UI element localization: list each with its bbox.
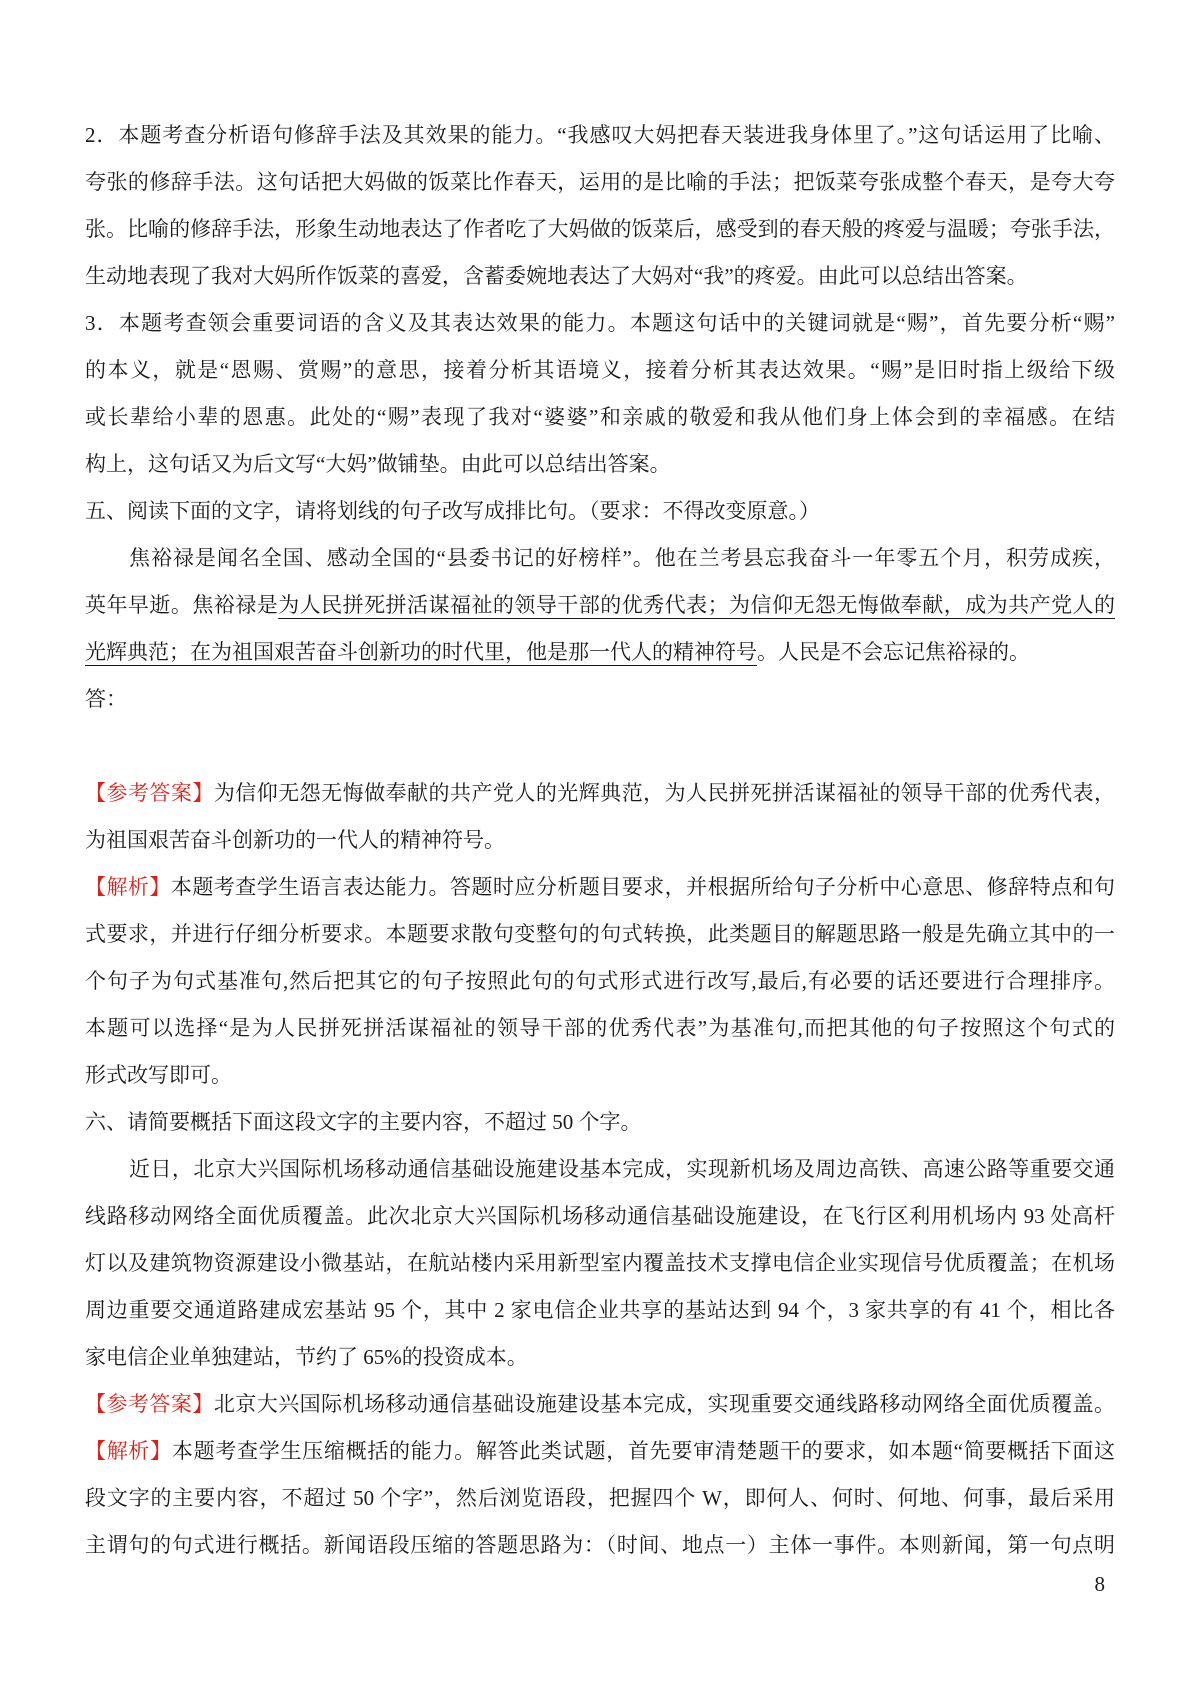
text-segment: 五、阅读下面的文字，请将划线的句子改写成排比句。（要求：不得改变原意。） bbox=[85, 499, 820, 523]
underlined-clause: 光辉典范；在为祖国艰苦奋斗创新功的时代里，他是那一代人的精神符号 bbox=[85, 640, 757, 664]
text-segment: 答： bbox=[85, 687, 127, 711]
text-segment: 本题可以选择“是为人民拼死拼活谋福祉的领导干部的优秀代表”为基准句,而把其他的句… bbox=[85, 1016, 1115, 1040]
section-6-heading: 六、请简要概括下面这段文字的主要内容，不超过 50 个字。 bbox=[85, 1099, 1115, 1146]
answer-q3-line-1: 3．本题考查领会重要词语的含义及其表达效果的能力。本题这句话中的关键词就是“赐”… bbox=[85, 300, 1115, 347]
passage-daxing-line-3: 灯以及建筑物资源建设小微基站，在航站楼内采用新型室内覆盖技术支撑电信企业实现信号… bbox=[85, 1240, 1115, 1287]
answer-prompt: 答： bbox=[85, 676, 1115, 723]
underlined-clause: 为人民拼死拼活谋福祉的领导干部的优秀代表；为信仰无怨无悔做奉献，成为共产党人的 bbox=[278, 593, 1115, 617]
text-segment: 为祖国艰苦奋斗创新功的一代人的精神符号。 bbox=[85, 828, 505, 852]
page-number: 8 bbox=[1095, 1572, 1106, 1596]
text-segment: 灯以及建筑物资源建设小微基站，在航站楼内采用新型室内覆盖技术支撑电信企业实现信号… bbox=[85, 1251, 1115, 1275]
analysis-5-line-3: 个句子为句式基准句,然后把其它的句子按照此句的句式形式进行改写,最后,有必要的话… bbox=[85, 958, 1115, 1005]
text-segment: 英年早逝。焦裕禄是 bbox=[85, 593, 278, 617]
text-segment: 焦裕禄是闻名全国、感动全国的“县委书记的好榜样”。他在兰考县忘我奋斗一年零五个月… bbox=[129, 546, 1115, 570]
reference-answer-5-line-2: 为祖国艰苦奋斗创新功的一代人的精神符号。 bbox=[85, 817, 1115, 864]
answer-q2-line-1: 2．本题考查分析语句修辞手法及其效果的能力。“我感叹大妈把春天装进我身体里了。”… bbox=[85, 112, 1115, 159]
text-segment: 的本义，就是“恩赐、赏赐”的意思，接着分析其语境义，接着分析其表达效果。“赐”是… bbox=[85, 358, 1115, 382]
analysis-5-line-2: 式要求，并进行仔细分析要求。本题要求散句变整句的句式转换，此类题目的解题思路一般… bbox=[85, 911, 1115, 958]
document-page: 2．本题考查分析语句修辞手法及其效果的能力。“我感叹大妈把春天装进我身体里了。”… bbox=[0, 0, 1200, 1698]
answer-q2-line-4: 生动地表现了我对大妈所作饭菜的喜爱，含蓄委婉地表达了大妈对“我”的疼爱。由此可以… bbox=[85, 253, 1115, 300]
text-segment: 张。比喻的修辞手法，形象生动地表达了作者吃了大妈做的饭菜后，感受到的春天般的疼爱… bbox=[85, 217, 1115, 241]
analysis-6-line-2: 段文字的主要内容，不超过 50 个字”，然后浏览语段，把握四个 W，即何人、何时… bbox=[85, 1475, 1115, 1522]
text-segment: 3．本题考查领会重要词语的含义及其表达效果的能力。本题这句话中的关键词就是“赐”… bbox=[85, 311, 1115, 335]
answer-q3-line-3: 或长辈给小辈的恩惠。此处的“赐”表现了我对“婆婆”和亲戚的敬爱和我从他们身上体会… bbox=[85, 394, 1115, 441]
text-segment: 或长辈给小辈的恩惠。此处的“赐”表现了我对“婆婆”和亲戚的敬爱和我从他们身上体会… bbox=[85, 405, 1115, 429]
text-segment: 2．本题考查分析语句修辞手法及其效果的能力。“我感叹大妈把春天装进我身体里了。”… bbox=[85, 123, 1115, 147]
passage-jiaoyulu-line-1: 焦裕禄是闻名全国、感动全国的“县委书记的好榜样”。他在兰考县忘我奋斗一年零五个月… bbox=[85, 535, 1115, 582]
text-segment: 为信仰无怨无悔做奉献的共产党人的光辉典范，为人民拼死拼活谋福祉的领导干部的优秀代… bbox=[214, 781, 1115, 805]
answer-q2-line-3: 张。比喻的修辞手法，形象生动地表达了作者吃了大妈做的饭菜后，感受到的春天般的疼爱… bbox=[85, 206, 1115, 253]
answer-label: 【解析】 bbox=[85, 875, 171, 899]
page-footer: 8 bbox=[1095, 1566, 1106, 1602]
text-segment: 生动地表现了我对大妈所作饭菜的喜爱，含蓄委婉地表达了大妈对“我”的疼爱。由此可以… bbox=[85, 264, 1028, 288]
blank-line bbox=[85, 723, 1115, 770]
passage-daxing-line-5: 家电信企业单独建站，节约了 65%的投资成本。 bbox=[85, 1334, 1115, 1381]
answer-q3-line-2: 的本义，就是“恩赐、赏赐”的意思，接着分析其语境义，接着分析其表达效果。“赐”是… bbox=[85, 347, 1115, 394]
text-segment: 夸张的修辞手法。这句话把大妈做的饭菜比作春天，运用的是比喻的手法；把饭菜夸张成整… bbox=[85, 170, 1115, 194]
analysis-5-line-5: 形式改写即可。 bbox=[85, 1052, 1115, 1099]
reference-answer-6: 【参考答案】北京大兴国际机场移动通信基础设施建设基本完成，实现重要交通线路移动网… bbox=[85, 1381, 1115, 1428]
answer-label: 【参考答案】 bbox=[85, 781, 214, 805]
analysis-6-line-1: 【解析】本题考查学生压缩概括的能力。解答此类试题，首先要审清楚题干的要求，如本题… bbox=[85, 1428, 1115, 1475]
text-segment: 个句子为句式基准句,然后把其它的句子按照此句的句式形式进行改写,最后,有必要的话… bbox=[85, 969, 1115, 993]
passage-jiaoyulu-line-2: 英年早逝。焦裕禄是为人民拼死拼活谋福祉的领导干部的优秀代表；为信仰无怨无悔做奉献… bbox=[85, 582, 1115, 629]
passage-daxing-line-1: 近日，北京大兴国际机场移动通信基础设施建设基本完成，实现新机场及周边高铁、高速公… bbox=[85, 1146, 1115, 1193]
passage-daxing-line-2: 线路移动网络全面优质覆盖。此次北京大兴国际机场移动通信基础设施建设，在飞行区利用… bbox=[85, 1193, 1115, 1240]
reference-answer-5-line-1: 【参考答案】为信仰无怨无悔做奉献的共产党人的光辉典范，为人民拼死拼活谋福祉的领导… bbox=[85, 770, 1115, 817]
text-segment: 形式改写即可。 bbox=[85, 1063, 232, 1087]
answer-q2-line-2: 夸张的修辞手法。这句话把大妈做的饭菜比作春天，运用的是比喻的手法；把饭菜夸张成整… bbox=[85, 159, 1115, 206]
section-5-heading: 五、阅读下面的文字，请将划线的句子改写成排比句。（要求：不得改变原意。） bbox=[85, 488, 1115, 535]
analysis-5-line-4: 本题可以选择“是为人民拼死拼活谋福祉的领导干部的优秀代表”为基准句,而把其他的句… bbox=[85, 1005, 1115, 1052]
answer-q3-line-4: 构上，这句话又为后文写“大妈”做铺垫。由此可以总结出答案。 bbox=[85, 441, 1115, 488]
text-segment: 本题考查学生语言表达能力。答题时应分析题目要求，并根据所给句子分析中心意思、修辞… bbox=[171, 875, 1115, 899]
passage-daxing-line-4: 周边重要交通道路建成宏基站 95 个，其中 2 家电信企业共享的基站达到 94 … bbox=[85, 1287, 1115, 1334]
analysis-6-line-3: 主谓句的句式进行概括。新闻语段压缩的答题思路为：（时间、地点一）主体一事件。本则… bbox=[85, 1522, 1115, 1569]
answer-label: 【解析】 bbox=[85, 1439, 172, 1463]
text-segment: 北京大兴国际机场移动通信基础设施建设基本完成，实现重要交通线路移动网络全面优质覆… bbox=[214, 1392, 1115, 1416]
document-body: 2．本题考查分析语句修辞手法及其效果的能力。“我感叹大妈把春天装进我身体里了。”… bbox=[85, 112, 1115, 1569]
text-segment: 式要求，并进行仔细分析要求。本题要求散句变整句的句式转换，此类题目的解题思路一般… bbox=[85, 922, 1115, 946]
passage-jiaoyulu-line-3: 光辉典范；在为祖国艰苦奋斗创新功的时代里，他是那一代人的精神符号。人民是不会忘记… bbox=[85, 629, 1115, 676]
text-segment: 段文字的主要内容，不超过 50 个字”，然后浏览语段，把握四个 W，即何人、何时… bbox=[85, 1486, 1115, 1510]
analysis-5-line-1: 【解析】本题考查学生语言表达能力。答题时应分析题目要求，并根据所给句子分析中心意… bbox=[85, 864, 1115, 911]
text-segment: 六、请简要概括下面这段文字的主要内容，不超过 50 个字。 bbox=[85, 1110, 642, 1134]
text-segment: 近日，北京大兴国际机场移动通信基础设施建设基本完成，实现新机场及周边高铁、高速公… bbox=[129, 1157, 1115, 1181]
answer-label: 【参考答案】 bbox=[85, 1392, 214, 1416]
text-segment: 。人民是不会忘记焦裕禄的。 bbox=[757, 640, 1030, 664]
text-segment: 构上，这句话又为后文写“大妈”做铺垫。由此可以总结出答案。 bbox=[85, 452, 671, 476]
text-segment: 本题考查学生压缩概括的能力。解答此类试题，首先要审清楚题干的要求，如本题“简要概… bbox=[172, 1439, 1115, 1463]
text-segment: 线路移动网络全面优质覆盖。此次北京大兴国际机场移动通信基础设施建设，在飞行区利用… bbox=[85, 1204, 1115, 1228]
text-segment: 周边重要交通道路建成宏基站 95 个，其中 2 家电信企业共享的基站达到 94 … bbox=[85, 1298, 1115, 1322]
text-segment: 主谓句的句式进行概括。新闻语段压缩的答题思路为：（时间、地点一）主体一事件。本则… bbox=[85, 1533, 1115, 1557]
text-segment: 家电信企业单独建站，节约了 65%的投资成本。 bbox=[85, 1345, 528, 1369]
